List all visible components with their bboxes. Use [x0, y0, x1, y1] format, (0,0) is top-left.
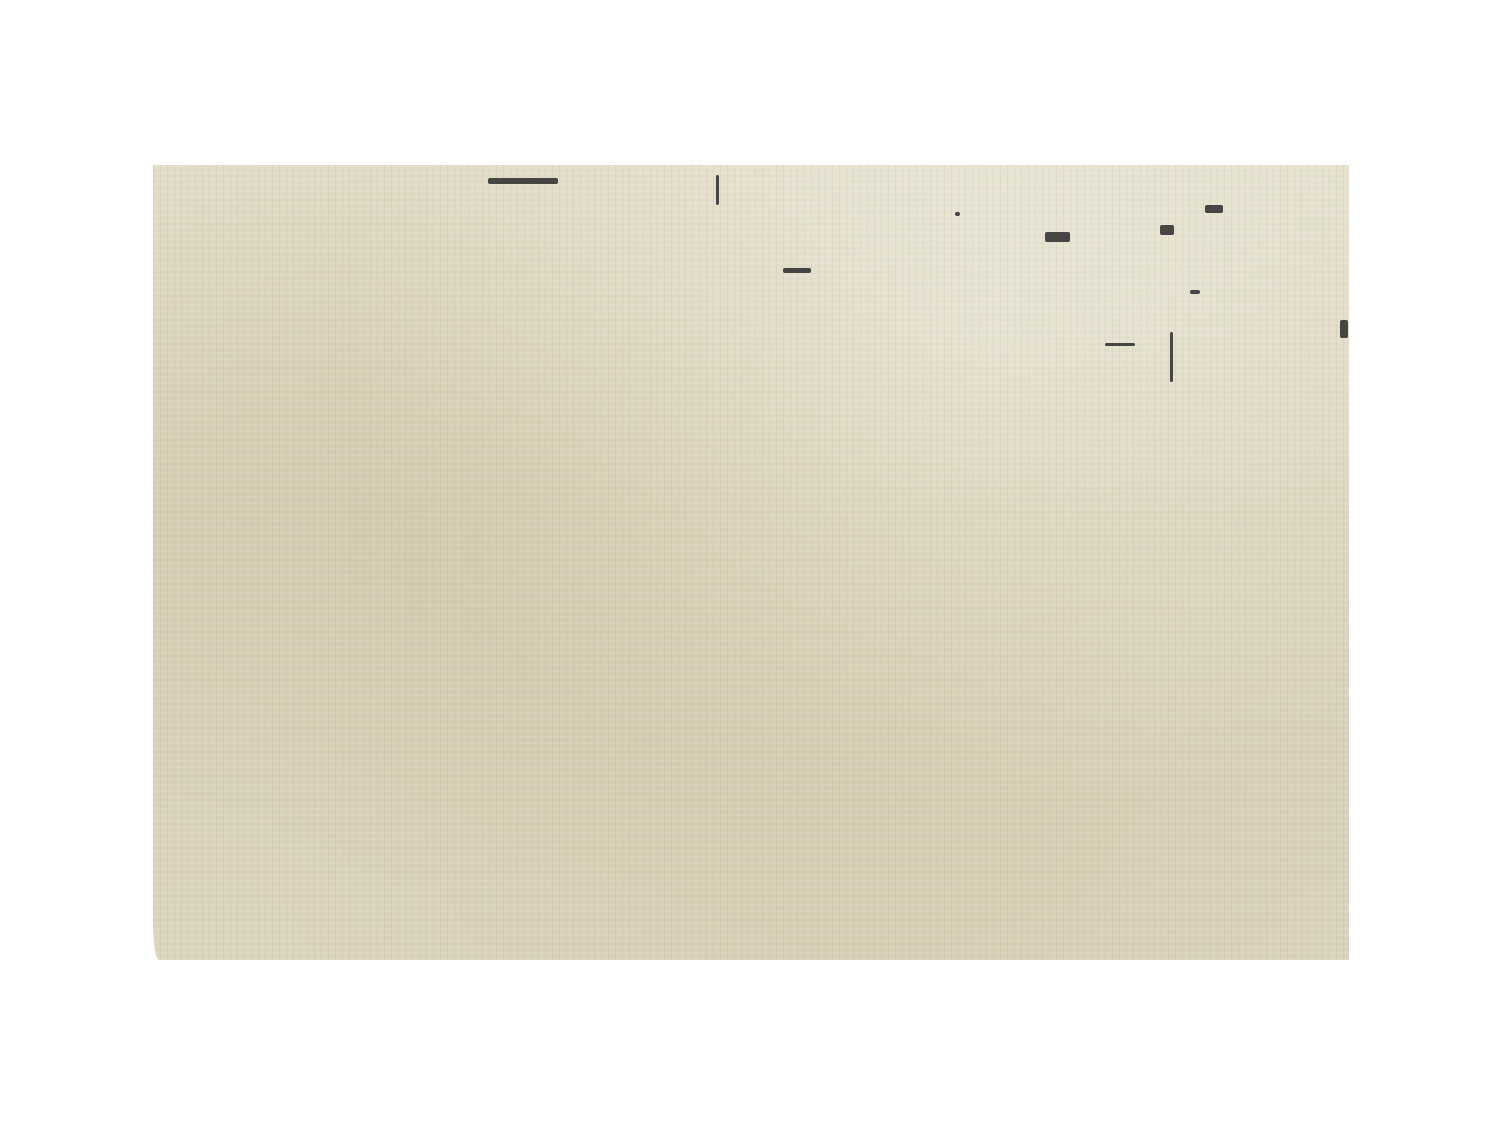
- rug: [153, 165, 1349, 960]
- rug-pattern-mark: [1340, 320, 1348, 338]
- rug-pattern-mark: [1190, 290, 1200, 294]
- rug-pattern-mark: [783, 268, 811, 273]
- rug-pattern-mark: [1170, 332, 1173, 382]
- rug-pattern-mark: [716, 175, 719, 205]
- rug-pattern-mark: [1045, 232, 1070, 242]
- rug-pattern-mark: [955, 212, 960, 216]
- rug-pattern-mark: [1160, 225, 1174, 235]
- rug-pattern-mark: [488, 178, 558, 184]
- rug-pattern-mark: [1205, 205, 1223, 213]
- rug-pattern-mark: [1105, 343, 1135, 346]
